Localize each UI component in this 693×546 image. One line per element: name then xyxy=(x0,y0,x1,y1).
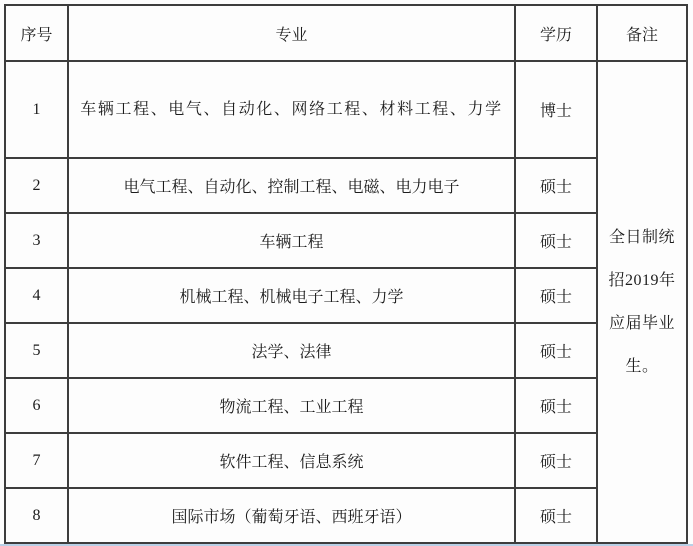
cell-no: 1 xyxy=(5,61,68,158)
table-row: 6 物流工程、工业工程 硕士 xyxy=(5,378,687,433)
header-remark: 备注 xyxy=(597,5,687,61)
cell-degree: 硕士 xyxy=(515,488,597,543)
cell-degree: 硕士 xyxy=(515,323,597,378)
cell-no: 4 xyxy=(5,268,68,323)
cell-remark: 全日制统招2019年应届毕业生。 xyxy=(597,61,687,543)
cell-no: 2 xyxy=(5,158,68,213)
cell-no: 5 xyxy=(5,323,68,378)
header-no: 序号 xyxy=(5,5,68,61)
cell-major: 法学、法律 xyxy=(68,323,515,378)
header-row: 序号 专业 学历 备注 xyxy=(5,5,687,61)
cell-major: 电气工程、自动化、控制工程、电磁、电力电子 xyxy=(68,158,515,213)
table-row: 4 机械工程、机械电子工程、力学 硕士 xyxy=(5,268,687,323)
cell-major: 软件工程、信息系统 xyxy=(68,433,515,488)
table-row: 5 法学、法律 硕士 xyxy=(5,323,687,378)
cell-no: 3 xyxy=(5,213,68,268)
cell-degree: 硕士 xyxy=(515,158,597,213)
cell-degree: 硕士 xyxy=(515,433,597,488)
recruitment-table: 序号 专业 学历 备注 1 车辆工程、电气、自动化、网络工程、材料工程、力学 博… xyxy=(4,4,688,544)
cell-no: 7 xyxy=(5,433,68,488)
cell-no: 6 xyxy=(5,378,68,433)
cell-degree: 硕士 xyxy=(515,378,597,433)
cell-degree: 硕士 xyxy=(515,268,597,323)
cell-degree: 硕士 xyxy=(515,213,597,268)
cell-major: 国际市场（葡萄牙语、西班牙语） xyxy=(68,488,515,543)
cell-degree: 博士 xyxy=(515,61,597,158)
table-row: 1 车辆工程、电气、自动化、网络工程、材料工程、力学 博士 全日制统招2019年… xyxy=(5,61,687,158)
cell-major: 物流工程、工业工程 xyxy=(68,378,515,433)
table-row: 2 电气工程、自动化、控制工程、电磁、电力电子 硕士 xyxy=(5,158,687,213)
table-row: 3 车辆工程 硕士 xyxy=(5,213,687,268)
cell-major: 机械工程、机械电子工程、力学 xyxy=(68,268,515,323)
table-row: 8 国际市场（葡萄牙语、西班牙语） 硕士 xyxy=(5,488,687,543)
header-degree: 学历 xyxy=(515,5,597,61)
cell-no: 8 xyxy=(5,488,68,543)
recruitment-table-page: 序号 专业 学历 备注 1 车辆工程、电气、自动化、网络工程、材料工程、力学 博… xyxy=(0,0,693,546)
cell-major: 车辆工程 xyxy=(68,213,515,268)
header-major: 专业 xyxy=(68,5,515,61)
cell-major: 车辆工程、电气、自动化、网络工程、材料工程、力学 xyxy=(68,61,515,158)
table-row: 7 软件工程、信息系统 硕士 xyxy=(5,433,687,488)
